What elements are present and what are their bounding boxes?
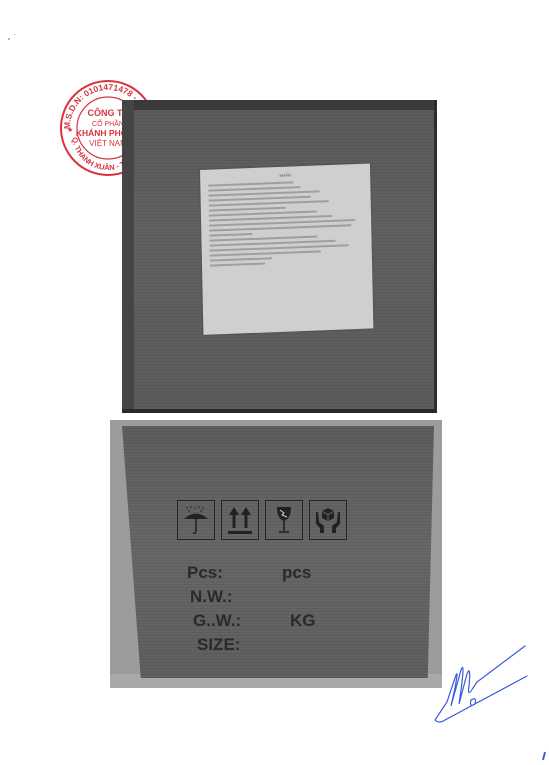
this-way-up-arrows-icon [221, 500, 259, 540]
pcs-unit: pcs [282, 563, 311, 583]
net-weight-label: N.W.: [190, 587, 233, 607]
pcs-label: Pcs: [187, 563, 223, 583]
label-text-line [209, 233, 252, 237]
label-text-line [210, 263, 265, 267]
carton-side [122, 426, 434, 678]
keep-dry-umbrella-icon [177, 500, 215, 540]
svg-text:CỔ PHẦN: CỔ PHẦN [92, 118, 124, 128]
signature [425, 630, 535, 730]
fragile-glass-icon [265, 500, 303, 540]
margin-mark [542, 752, 546, 760]
svg-text:★: ★ [67, 126, 73, 134]
label-text-line [209, 200, 329, 207]
size-label: SIZE: [197, 635, 240, 655]
scan-speck [8, 38, 10, 40]
box-right-edge [434, 100, 437, 413]
carton-marks-photo: Pcs: pcs N.W.: G..W.: KG SIZE: [110, 420, 442, 688]
scan-speck [14, 34, 15, 35]
label-text-line [210, 257, 272, 261]
box-bottom-edge [122, 409, 437, 413]
box-top-flap [122, 100, 437, 110]
carton-label-photo: NHÃN [122, 100, 437, 413]
box-left-edge [122, 100, 134, 413]
product-label-sheet: NHÃN [200, 163, 373, 334]
handling-icons [177, 500, 347, 540]
label-text-line [209, 207, 286, 212]
gross-weight-unit: KG [290, 611, 316, 631]
label-text-line [210, 250, 321, 256]
handle-with-care-hands-icon [309, 500, 347, 540]
gross-weight-label: G..W.: [193, 611, 241, 631]
label-text-lines [208, 179, 364, 267]
